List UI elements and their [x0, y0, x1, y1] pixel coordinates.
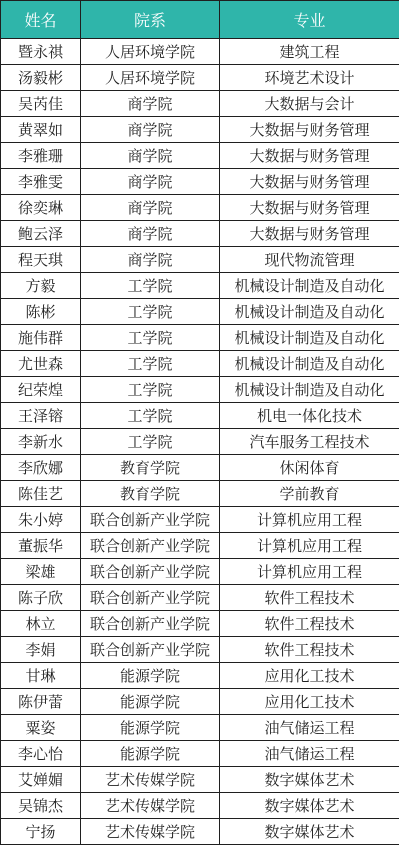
cell-major: 大数据与财务管理 — [220, 221, 399, 247]
cell-major: 计算机应用工程 — [220, 533, 399, 559]
cell-major: 大数据与会计 — [220, 91, 399, 117]
cell-department: 工学院 — [81, 351, 220, 377]
cell-name: 吴芮佳 — [1, 91, 81, 117]
cell-name: 艾婵媚 — [1, 767, 81, 793]
table-row: 纪荣煌工学院机械设计制造及自动化 — [1, 377, 399, 403]
cell-major: 应用化工技术 — [220, 689, 399, 715]
table-row: 徐奕琳商学院大数据与财务管理 — [1, 195, 399, 221]
cell-major: 学前教育 — [220, 481, 399, 507]
cell-name: 朱小婷 — [1, 507, 81, 533]
cell-department: 商学院 — [81, 195, 220, 221]
table-row: 陈佳艺教育学院学前教育 — [1, 481, 399, 507]
cell-major: 休闲体育 — [220, 455, 399, 481]
cell-name: 尤世森 — [1, 351, 81, 377]
table-row: 李雅珊商学院大数据与财务管理 — [1, 143, 399, 169]
cell-name: 陈伊蕾 — [1, 689, 81, 715]
cell-department: 商学院 — [81, 117, 220, 143]
cell-major: 机械设计制造及自动化 — [220, 351, 399, 377]
cell-major: 计算机应用工程 — [220, 559, 399, 585]
table-row: 粟姿能源学院油气储运工程 — [1, 715, 399, 741]
table-row: 鲍云泽商学院大数据与财务管理 — [1, 221, 399, 247]
cell-department: 联合创新产业学院 — [81, 637, 220, 663]
cell-name: 汤毅彬 — [1, 65, 81, 91]
table-row: 陈彬工学院机械设计制造及自动化 — [1, 299, 399, 325]
table-row: 艾婵媚艺术传媒学院数字媒体艺术 — [1, 767, 399, 793]
cell-department: 联合创新产业学院 — [81, 533, 220, 559]
cell-department: 联合创新产业学院 — [81, 585, 220, 611]
table-row: 暨永祺人居环境学院建筑工程 — [1, 39, 399, 65]
cell-major: 油气储运工程 — [220, 741, 399, 767]
table-row: 李娟联合创新产业学院软件工程技术 — [1, 637, 399, 663]
cell-name: 李雅珊 — [1, 143, 81, 169]
cell-name: 甘琳 — [1, 663, 81, 689]
table-header-row: 姓名 院系 专业 — [1, 1, 399, 39]
table-row: 陈伊蕾能源学院应用化工技术 — [1, 689, 399, 715]
cell-major: 建筑工程 — [220, 39, 399, 65]
cell-major: 大数据与财务管理 — [220, 117, 399, 143]
cell-department: 能源学院 — [81, 741, 220, 767]
cell-department: 联合创新产业学院 — [81, 559, 220, 585]
cell-name: 方毅 — [1, 273, 81, 299]
cell-name: 鲍云泽 — [1, 221, 81, 247]
table-row: 陈子欣联合创新产业学院软件工程技术 — [1, 585, 399, 611]
table-body: 暨永祺人居环境学院建筑工程汤毅彬人居环境学院环境艺术设计吴芮佳商学院大数据与会计… — [1, 39, 399, 845]
cell-name: 纪荣煌 — [1, 377, 81, 403]
table-row: 李心怡能源学院油气储运工程 — [1, 741, 399, 767]
cell-name: 施伟群 — [1, 325, 81, 351]
column-header-department: 院系 — [81, 1, 220, 39]
cell-major: 数字媒体艺术 — [220, 819, 399, 845]
cell-department: 工学院 — [81, 273, 220, 299]
cell-major: 大数据与财务管理 — [220, 143, 399, 169]
cell-department: 艺术传媒学院 — [81, 767, 220, 793]
cell-department: 艺术传媒学院 — [81, 793, 220, 819]
cell-name: 暨永祺 — [1, 39, 81, 65]
cell-name: 陈彬 — [1, 299, 81, 325]
cell-major: 油气储运工程 — [220, 715, 399, 741]
cell-department: 工学院 — [81, 429, 220, 455]
table-row: 李新水工学院汽车服务工程技术 — [1, 429, 399, 455]
table-row: 王泽镕工学院机电一体化技术 — [1, 403, 399, 429]
cell-department: 商学院 — [81, 91, 220, 117]
cell-major: 机械设计制造及自动化 — [220, 273, 399, 299]
cell-major: 大数据与财务管理 — [220, 195, 399, 221]
cell-department: 工学院 — [81, 377, 220, 403]
cell-department: 联合创新产业学院 — [81, 611, 220, 637]
cell-department: 联合创新产业学院 — [81, 507, 220, 533]
cell-major: 软件工程技术 — [220, 585, 399, 611]
cell-major: 机电一体化技术 — [220, 403, 399, 429]
cell-department: 商学院 — [81, 247, 220, 273]
table-row: 程天琪商学院现代物流管理 — [1, 247, 399, 273]
cell-name: 李欣娜 — [1, 455, 81, 481]
cell-name: 黄翠如 — [1, 117, 81, 143]
cell-name: 吴锦杰 — [1, 793, 81, 819]
cell-department: 能源学院 — [81, 689, 220, 715]
cell-major: 软件工程技术 — [220, 611, 399, 637]
column-header-major: 专业 — [220, 1, 399, 39]
table-row: 朱小婷联合创新产业学院计算机应用工程 — [1, 507, 399, 533]
column-header-name: 姓名 — [1, 1, 81, 39]
cell-name: 宁扬 — [1, 819, 81, 845]
table-row: 方毅工学院机械设计制造及自动化 — [1, 273, 399, 299]
cell-department: 工学院 — [81, 403, 220, 429]
cell-name: 陈子欣 — [1, 585, 81, 611]
cell-department: 艺术传媒学院 — [81, 819, 220, 845]
cell-name: 程天琪 — [1, 247, 81, 273]
cell-department: 能源学院 — [81, 715, 220, 741]
cell-name: 林立 — [1, 611, 81, 637]
cell-department: 人居环境学院 — [81, 39, 220, 65]
table-row: 施伟群工学院机械设计制造及自动化 — [1, 325, 399, 351]
cell-major: 汽车服务工程技术 — [220, 429, 399, 455]
cell-major: 数字媒体艺术 — [220, 793, 399, 819]
cell-major: 机械设计制造及自动化 — [220, 377, 399, 403]
cell-name: 梁雄 — [1, 559, 81, 585]
cell-major: 机械设计制造及自动化 — [220, 299, 399, 325]
table-row: 吴芮佳商学院大数据与会计 — [1, 91, 399, 117]
cell-department: 能源学院 — [81, 663, 220, 689]
table-row: 甘琳能源学院应用化工技术 — [1, 663, 399, 689]
cell-department: 商学院 — [81, 143, 220, 169]
table-row: 董振华联合创新产业学院计算机应用工程 — [1, 533, 399, 559]
cell-major: 环境艺术设计 — [220, 65, 399, 91]
cell-major: 现代物流管理 — [220, 247, 399, 273]
cell-department: 工学院 — [81, 325, 220, 351]
cell-major: 机械设计制造及自动化 — [220, 325, 399, 351]
cell-major: 软件工程技术 — [220, 637, 399, 663]
table-row: 李雅雯商学院大数据与财务管理 — [1, 169, 399, 195]
table-row: 李欣娜教育学院休闲体育 — [1, 455, 399, 481]
cell-department: 教育学院 — [81, 481, 220, 507]
cell-major: 大数据与财务管理 — [220, 169, 399, 195]
cell-name: 李心怡 — [1, 741, 81, 767]
cell-department: 教育学院 — [81, 455, 220, 481]
cell-name: 粟姿 — [1, 715, 81, 741]
table-row: 梁雄联合创新产业学院计算机应用工程 — [1, 559, 399, 585]
cell-name: 李雅雯 — [1, 169, 81, 195]
table-row: 汤毅彬人居环境学院环境艺术设计 — [1, 65, 399, 91]
cell-major: 计算机应用工程 — [220, 507, 399, 533]
cell-major: 数字媒体艺术 — [220, 767, 399, 793]
cell-name: 陈佳艺 — [1, 481, 81, 507]
table-row: 黄翠如商学院大数据与财务管理 — [1, 117, 399, 143]
cell-name: 李娟 — [1, 637, 81, 663]
table-row: 吴锦杰艺术传媒学院数字媒体艺术 — [1, 793, 399, 819]
cell-department: 工学院 — [81, 299, 220, 325]
cell-department: 商学院 — [81, 221, 220, 247]
cell-department: 商学院 — [81, 169, 220, 195]
table-row: 林立联合创新产业学院软件工程技术 — [1, 611, 399, 637]
cell-major: 应用化工技术 — [220, 663, 399, 689]
table-row: 尤世森工学院机械设计制造及自动化 — [1, 351, 399, 377]
table-row: 宁扬艺术传媒学院数字媒体艺术 — [1, 819, 399, 845]
cell-department: 人居环境学院 — [81, 65, 220, 91]
student-table: 姓名 院系 专业 暨永祺人居环境学院建筑工程汤毅彬人居环境学院环境艺术设计吴芮佳… — [0, 0, 399, 845]
cell-name: 董振华 — [1, 533, 81, 559]
cell-name: 王泽镕 — [1, 403, 81, 429]
cell-name: 李新水 — [1, 429, 81, 455]
cell-name: 徐奕琳 — [1, 195, 81, 221]
